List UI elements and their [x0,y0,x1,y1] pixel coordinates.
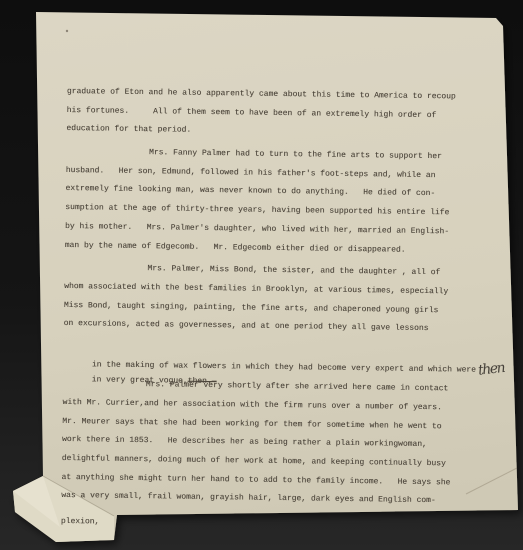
handwritten-insertion: then [477,359,505,380]
photo-background: graduate of Eton and he also apparently … [0,0,523,550]
typewritten-text: graduate of Eton and he also apparently … [61,83,491,538]
paper-speck [66,30,68,32]
